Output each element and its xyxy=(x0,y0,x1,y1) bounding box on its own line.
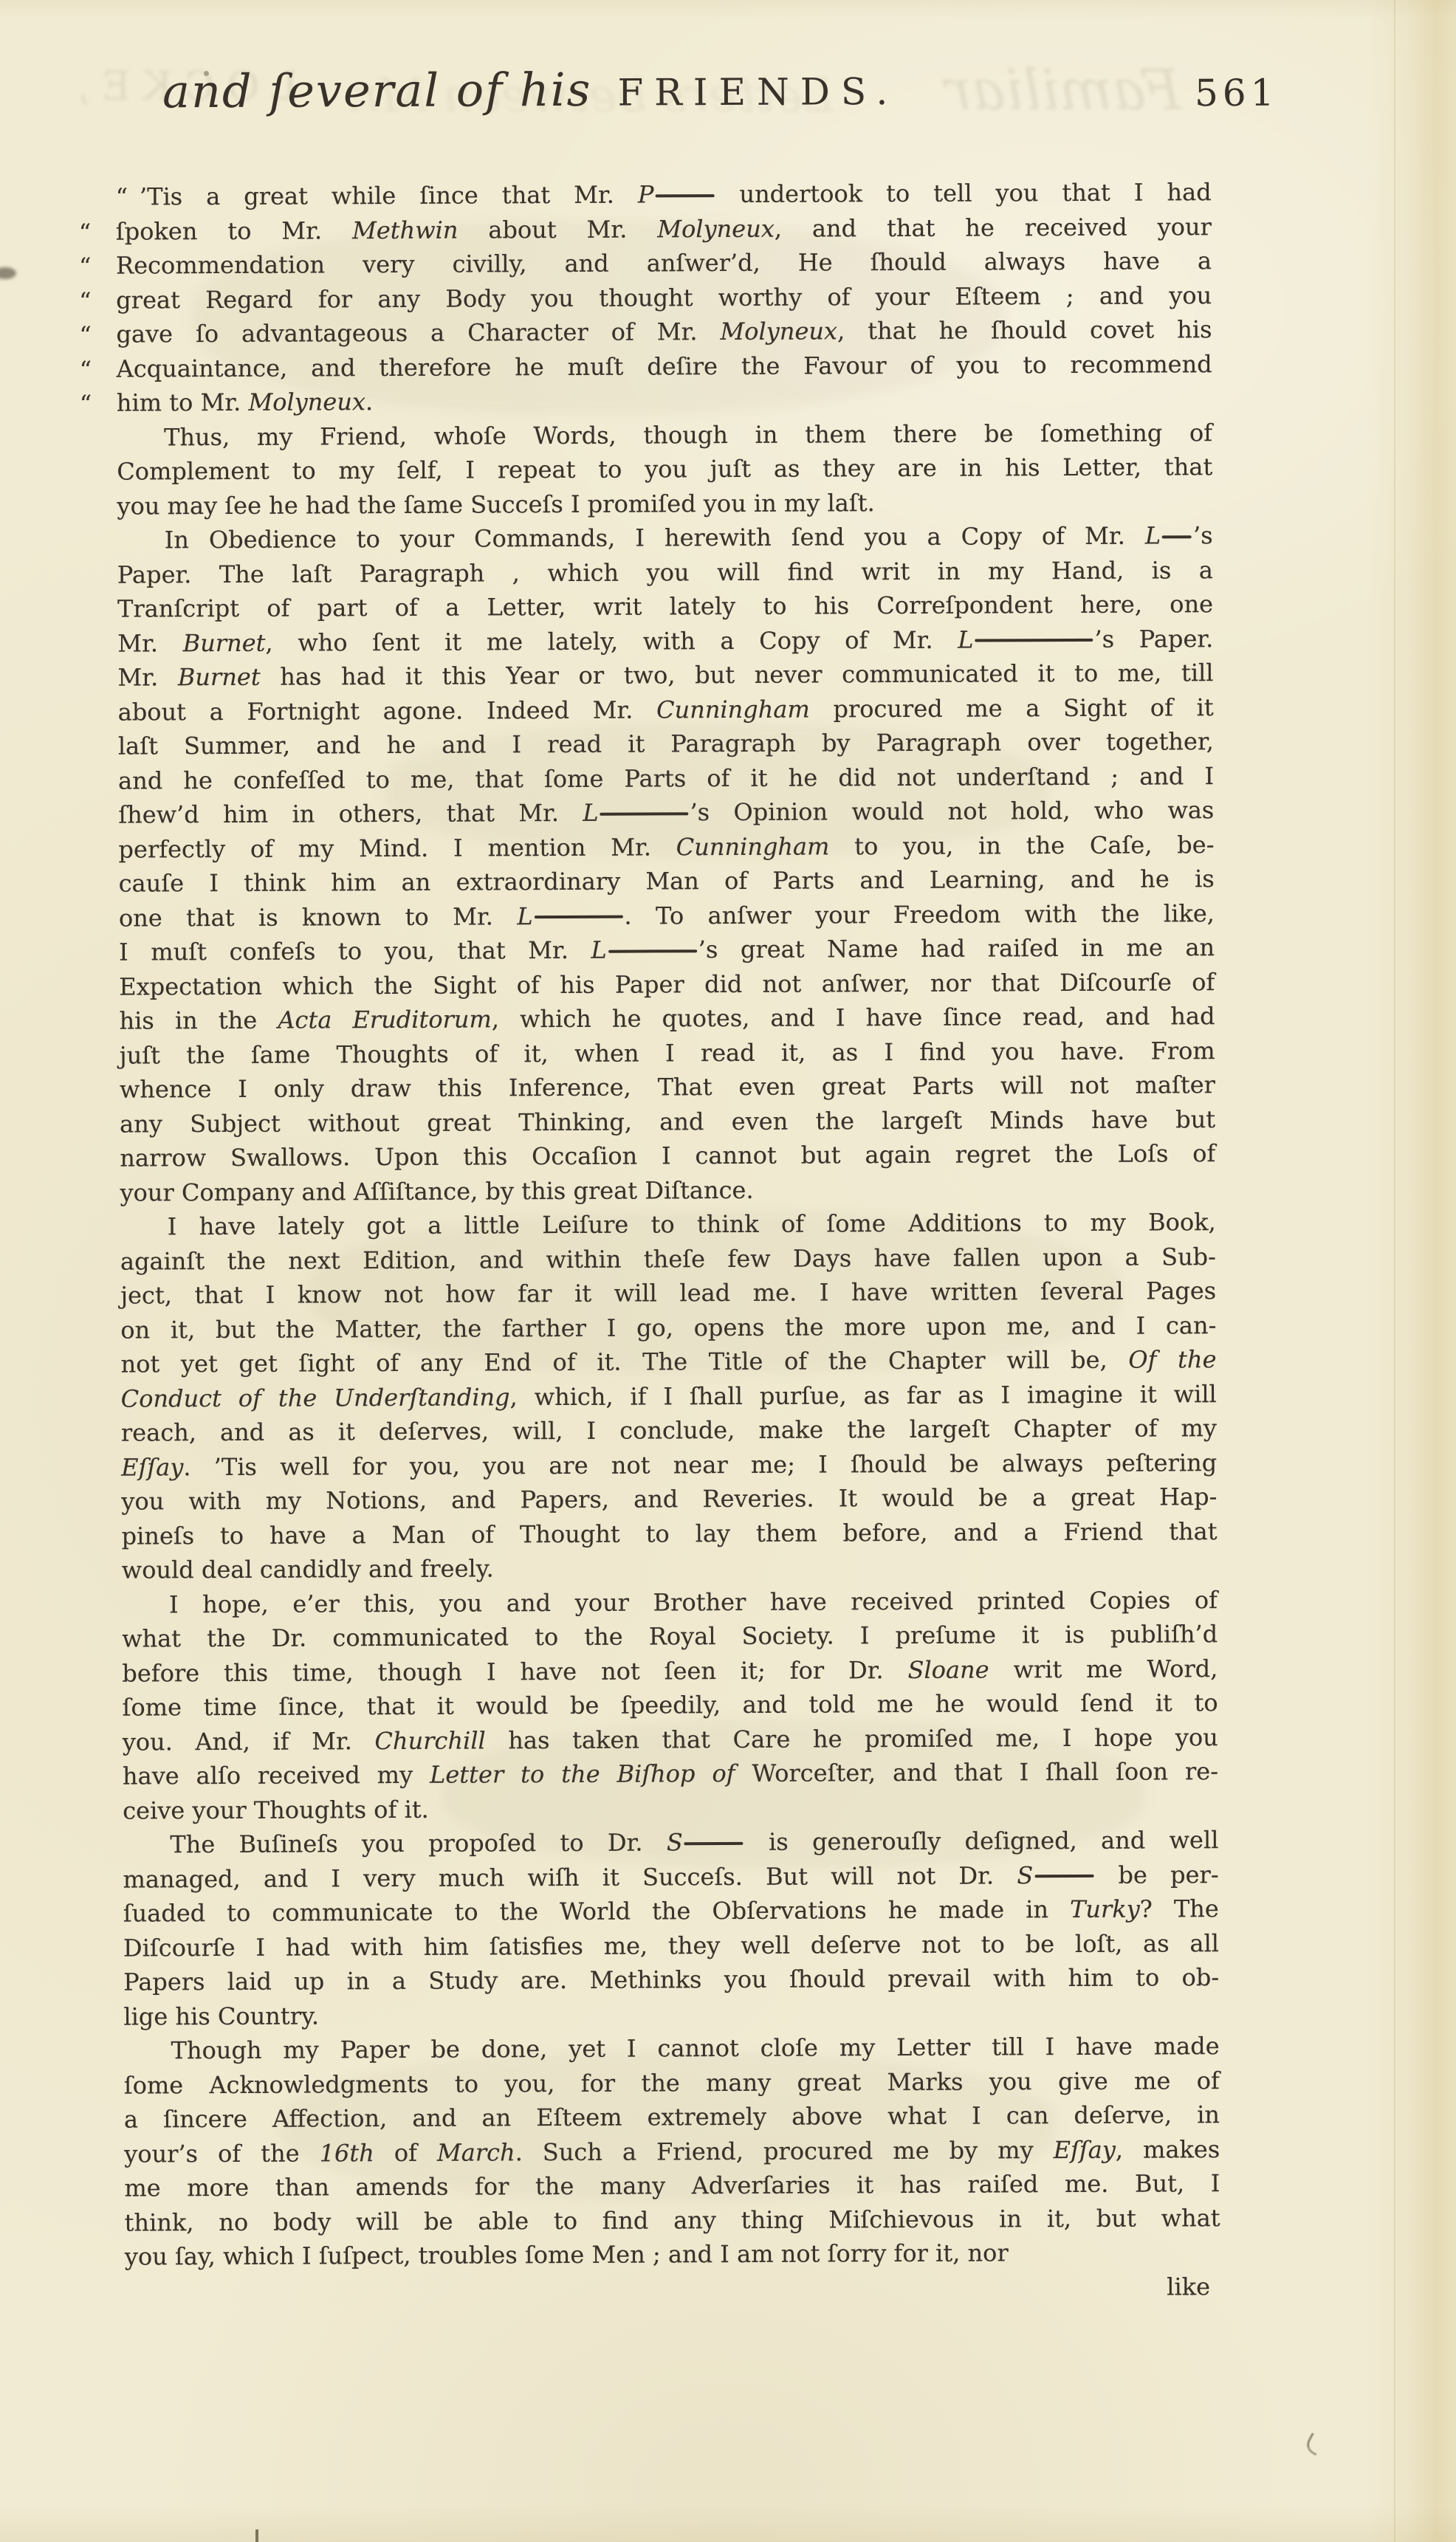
roman-text: ject, that I know not how far it will le… xyxy=(120,1277,1216,1309)
text-line: “Acquaintance, and therefore he muſt deſ… xyxy=(117,347,1212,386)
text-line: ſhew’d him in others, that Mr. L’s Opini… xyxy=(118,793,1214,832)
redaction-dash xyxy=(535,916,623,919)
text-line: Complement to my ſelf, I repeat to you j… xyxy=(117,450,1212,489)
roman-text: , who ſent it me lately, with a Copy of … xyxy=(265,625,958,656)
text-line: would deal candidly and freely. xyxy=(122,1548,1218,1587)
text-line: The Buſineſs you propoſed to Dr. S is ge… xyxy=(123,1823,1218,1862)
text-line: any Subject without great Thinking, and … xyxy=(120,1102,1215,1141)
roman-text: your Company and Aſſiſtance, by this gre… xyxy=(120,1175,753,1206)
italic-text: Acta Eruditorum xyxy=(278,1005,492,1034)
italic-text: Cunningham xyxy=(656,695,810,724)
italic-text: L xyxy=(1145,521,1161,549)
text-line: a ſincere Affection, and an Eſteem extre… xyxy=(124,2098,1220,2137)
text-line: ceive your Thoughts of it. xyxy=(123,1789,1218,1828)
roman-text: gave ſo advantageous a Character of Mr. xyxy=(116,317,720,348)
margin-quote-mark: “ xyxy=(79,318,92,353)
text-line: laſt Summer, and he and I read it Paragr… xyxy=(118,724,1214,763)
text-line: think, no body will be able to find any … xyxy=(125,2201,1220,2240)
text-line: about a Fortnight agone. Indeed Mr. Cunn… xyxy=(118,690,1214,729)
roman-text: is generouſly deſigned, and well xyxy=(745,1826,1219,1856)
italic-text: S xyxy=(1017,1861,1033,1889)
italic-text: Burnet xyxy=(183,628,266,656)
roman-text: , makes xyxy=(1116,2135,1220,2164)
roman-text: of xyxy=(374,2138,437,2166)
margin-quote-mark: “ xyxy=(80,352,92,387)
roman-text: great Regard for any Body you thought wo… xyxy=(116,281,1212,314)
book-page-scan: FamiliarLetters between Mr.LOCKE, and ſe… xyxy=(0,0,1456,2542)
text-line: “gave ſo advantageous a Character of Mr.… xyxy=(116,312,1212,351)
roman-text: ſhew’d him in others, that Mr. xyxy=(118,799,583,829)
roman-text: you ſay, which I ſuſpect, troubles ſome … xyxy=(125,2239,1009,2270)
text-line: his in the Acta Eruditorum, which he quo… xyxy=(119,999,1215,1038)
text-line: managed, and I very much wiſh it Succeſs… xyxy=(123,1858,1218,1897)
text-line: Paper. The laſt Paragraph , which you wi… xyxy=(117,553,1213,592)
roman-text: his in the xyxy=(119,1006,278,1035)
margin-quote-mark: “ xyxy=(79,215,92,250)
text-line: not yet get ſight of any End of it. The … xyxy=(120,1342,1216,1381)
roman-text: perfectly of my Mind. I mention Mr. xyxy=(118,833,676,863)
text-line: Papers laid up in a Study are. Methinks … xyxy=(123,1960,1219,1999)
letter-text: “ ’Tis a great while ſince that Mr. P un… xyxy=(116,175,1221,2308)
roman-text: think, no body will be able to find any … xyxy=(125,2204,1220,2236)
text-line: ject, that I know not how far it will le… xyxy=(120,1274,1216,1313)
roman-text: lige his Country. xyxy=(123,2002,319,2030)
roman-text: ’s Paper. xyxy=(1094,625,1213,653)
text-line: your’s of the 16th of March. Such a Frie… xyxy=(124,2132,1220,2171)
roman-text: and he confeſſed to me, that ſome Parts … xyxy=(118,762,1214,794)
text-line: reach, and as it deſerves, will, I concl… xyxy=(121,1411,1217,1450)
roman-text: Mr. xyxy=(117,663,178,691)
roman-text: Tranſcript of part of a Letter, writ lat… xyxy=(117,590,1213,622)
roman-text: , which, if I ſhall purſue, as far as I … xyxy=(510,1380,1217,1411)
roman-text: you. And, if Mr. xyxy=(123,1727,375,1756)
roman-text: me more than amends for the many Adverſa… xyxy=(124,2169,1220,2202)
roman-text: ceive your Thoughts of it. xyxy=(123,1795,429,1824)
italic-text: Sloane xyxy=(907,1655,989,1683)
text-line: you ſay, which I ſuſpect, troubles ſome … xyxy=(125,2235,1220,2274)
text-line: ſome Acknowledgments to you, for the man… xyxy=(124,2064,1220,2103)
redaction-dash xyxy=(1162,535,1192,538)
text-line: Mr. Burnet has had it this Year or two, … xyxy=(117,656,1213,695)
running-head-caps: FRIENDS. xyxy=(617,70,899,114)
italic-text: L xyxy=(958,625,973,653)
roman-text: ’s Opinion would not hold, who was xyxy=(690,796,1214,826)
italic-text: Conduct of the Underſtanding xyxy=(121,1383,510,1412)
italic-text: Molyneux xyxy=(720,317,837,346)
roman-text: ſome time ſince, that it would be ſpeedi… xyxy=(122,1689,1218,1721)
running-head-italic: and ſeveral of his xyxy=(162,63,592,119)
roman-text: your’s of the xyxy=(124,2139,320,2168)
roman-text: I hope, e’er this, you and your Brother … xyxy=(169,1586,1218,1618)
redaction-dash xyxy=(608,949,697,953)
text-line: narrow Swallows. Upon this Occaſion I ca… xyxy=(120,1136,1215,1175)
text-line: on it, but the Matter, the farther I go,… xyxy=(120,1308,1216,1347)
italic-text: P xyxy=(638,180,654,208)
text-line: have alſo received my Letter to the Biſh… xyxy=(123,1754,1218,1793)
roman-text: narrow Swallows. Upon this Occaſion I ca… xyxy=(120,1139,1215,1172)
roman-text: writ me Word, xyxy=(989,1655,1218,1683)
italic-text: Letter to the Biſhop of xyxy=(430,1759,735,1789)
text-line: Mr. Burnet, who ſent it me lately, with … xyxy=(117,622,1213,661)
text-line: Conduct of the Underſtanding, which, if … xyxy=(121,1377,1217,1416)
roman-text: has had it this Year or two, but never c… xyxy=(261,659,1214,691)
page-content: and ſeveral of his FRIENDS. 561 “ ’Tis a… xyxy=(0,0,1456,2542)
text-line: you may ſee he had the ſame Succeſs I pr… xyxy=(117,484,1212,523)
roman-text: whence I only draw this Inference, That … xyxy=(120,1071,1215,1103)
text-line: I hope, e’er this, you and your Brother … xyxy=(122,1583,1218,1622)
text-line: ſuaded to communicate to the World the O… xyxy=(123,1892,1219,1931)
text-line: “great Regard for any Body you thought w… xyxy=(116,278,1212,317)
redaction-dash xyxy=(600,812,689,816)
redaction-dash xyxy=(655,194,714,197)
roman-text: a ſincere Affection, and an Eſteem extre… xyxy=(124,2100,1220,2133)
italic-text: L xyxy=(517,902,532,930)
text-line: Though my Paper be done, yet I cannot cl… xyxy=(124,2029,1220,2068)
roman-text: reach, and as it deſerves, will, I concl… xyxy=(121,1414,1217,1446)
roman-text: undertook to tell you that I had xyxy=(715,178,1211,208)
roman-text: about a Fortnight agone. Indeed Mr. xyxy=(118,695,657,726)
roman-text: Complement to my ſelf, I repeat to you j… xyxy=(117,453,1212,485)
roman-text: Papers laid up in a Study are. Methinks … xyxy=(123,1963,1219,1996)
roman-text: againſt the next Edition, and within the… xyxy=(120,1243,1216,1275)
roman-text: Mr. xyxy=(117,629,183,657)
roman-text: Thus, my Friend, whoſe Words, though in … xyxy=(164,419,1212,451)
italic-text: Methwin xyxy=(352,216,459,244)
roman-text: , and that he received your xyxy=(775,213,1212,243)
running-head-title: and ſeveral of his FRIENDS. xyxy=(162,61,899,118)
text-line: you. And, if Mr. Churchill has taken tha… xyxy=(123,1720,1218,1759)
italic-text: Burnet xyxy=(178,663,261,691)
italic-text: S xyxy=(667,1828,683,1856)
text-line: you with my Notions, and Papers, and Rev… xyxy=(121,1480,1217,1519)
text-line: whence I only draw this Inference, That … xyxy=(120,1068,1215,1107)
text-line: Diſcourſe I had with him ſatisfies me, t… xyxy=(123,1926,1219,1965)
roman-text: ſpoken to Mr. xyxy=(116,216,352,245)
roman-text: “ ’Tis a great while ſince that Mr. xyxy=(116,181,638,211)
roman-text: The Buſineſs you propoſed to Dr. xyxy=(170,1828,667,1858)
roman-text: not yet get ſight of any End of it. The … xyxy=(120,1346,1128,1378)
text-line: Eſſay. ’Tis well for you, you are not ne… xyxy=(121,1446,1217,1485)
roman-text: what the Dr. communicated to the Royal S… xyxy=(122,1620,1218,1652)
text-line: perfectly of my Mind. I mention Mr. Cunn… xyxy=(118,828,1214,867)
roman-text: ’s great Name had raiſed in me an xyxy=(698,933,1215,963)
text-line: lige his Country. xyxy=(123,1995,1219,2034)
text-line: and he confeſſed to me, that ſome Parts … xyxy=(118,759,1214,798)
text-line: againſt the next Edition, and within the… xyxy=(120,1240,1216,1279)
redaction-dash xyxy=(684,1842,744,1845)
page-number: 561 xyxy=(1195,72,1279,114)
italic-text: Molyneux xyxy=(248,388,365,416)
roman-text: to you, in the Caſe, be- xyxy=(829,831,1214,860)
roman-text: managed, and I very much wiſh it Succeſs… xyxy=(123,1861,1017,1893)
roman-text: juſt the ſame Thoughts of it, when I rea… xyxy=(120,1037,1215,1069)
margin-quote-mark: “ xyxy=(80,387,92,422)
roman-text: Though my Paper be done, yet I cannot cl… xyxy=(171,2032,1220,2064)
roman-text: Acquaintance, and therefore he muſt deſi… xyxy=(117,350,1212,382)
roman-text: I muſt confeſs to you, that Mr. xyxy=(119,936,591,966)
roman-text: him to Mr. xyxy=(117,388,249,417)
roman-text: have alſo received my xyxy=(123,1761,430,1790)
roman-text: about Mr. xyxy=(458,215,657,244)
margin-quote-mark: “ xyxy=(79,284,92,318)
roman-text: has taken that Care he promiſed me, I ho… xyxy=(486,1723,1218,1754)
roman-text: on it, but the Matter, the farther I go,… xyxy=(120,1311,1216,1344)
text-line: In Obedience to your Commands, I herewit… xyxy=(117,518,1213,557)
roman-text: Recommendation very civilly, and anſwer’… xyxy=(116,247,1212,279)
italic-text: 16th xyxy=(320,2139,374,2167)
text-line: one that is known to Mr. L. To anſwer yo… xyxy=(119,896,1215,935)
text-line: me more than amends for the many Adverſa… xyxy=(124,2166,1220,2205)
running-head: and ſeveral of his FRIENDS. 561 xyxy=(115,60,1304,146)
roman-text: you may ſee he had the ſame Succeſs I pr… xyxy=(117,489,874,520)
text-line: what the Dr. communicated to the Royal S… xyxy=(122,1617,1218,1656)
roman-text: before this time, though I have not ſeen… xyxy=(122,1655,907,1687)
italic-text: Of the xyxy=(1128,1345,1216,1374)
roman-text: , that he ſhould covet his xyxy=(837,315,1212,345)
roman-text: Expectation which the Sight of his Paper… xyxy=(119,968,1215,1000)
roman-text: , which he quotes, and I have ſince read… xyxy=(492,1002,1215,1033)
text-line: ſome time ſince, that it would be ſpeedi… xyxy=(122,1686,1218,1725)
text-line: cauſe I think him an extraordinary Man o… xyxy=(119,862,1215,901)
text-line: “Recommendation very civilly, and anſwer… xyxy=(116,244,1212,283)
roman-text: . xyxy=(365,388,373,416)
roman-text: ſuaded to communicate to the World the O… xyxy=(123,1895,1070,1928)
text-line: pineſs to have a Man of Thought to lay t… xyxy=(121,1514,1217,1553)
text-line: juſt the ſame Thoughts of it, when I rea… xyxy=(120,1034,1215,1073)
roman-text: In Obedience to your Commands, I herewit… xyxy=(165,522,1145,554)
italic-text: Eſſay xyxy=(121,1453,183,1481)
italic-text: Churchill xyxy=(374,1726,485,1755)
roman-text: ſome Acknowledgments to you, for the man… xyxy=(124,2067,1220,2099)
text-line: I have lately got a little Leiſure to th… xyxy=(120,1205,1216,1244)
roman-text: would deal candidly and freely. xyxy=(122,1554,494,1584)
roman-text: pineſs to have a Man of Thought to lay t… xyxy=(121,1517,1217,1550)
redaction-dash xyxy=(1034,1875,1093,1878)
text-line: Thus, my Friend, whoſe Words, though in … xyxy=(117,416,1212,455)
text-line: your Company and Aſſiſtance, by this gre… xyxy=(120,1171,1215,1210)
text-line: before this time, though I have not ſeen… xyxy=(122,1652,1218,1691)
roman-text: ’s xyxy=(1193,521,1213,549)
roman-text: cauſe I think him an extraordinary Man o… xyxy=(119,865,1215,897)
italic-text: L xyxy=(591,936,606,964)
redaction-dash xyxy=(975,639,1093,642)
italic-text: Cunningham xyxy=(676,832,830,861)
roman-text: . To anſwer your Freedom with the like, xyxy=(624,899,1215,930)
text-line: Expectation which the Sight of his Paper… xyxy=(119,965,1215,1004)
roman-text: I have lately got a little Leiſure to th… xyxy=(168,1208,1216,1240)
roman-text: Worceſter, and that I ſhall ſoon re- xyxy=(735,1757,1218,1787)
italic-text: Eſſay xyxy=(1054,2135,1116,2163)
catchword: like xyxy=(125,2270,1220,2309)
italic-text: Molyneux xyxy=(657,214,775,243)
text-line: “ſpoken to Mr. Methwin about Mr. Molyneu… xyxy=(116,210,1212,249)
roman-text: ? The xyxy=(1140,1895,1219,1923)
text-line: Tranſcript of part of a Letter, writ lat… xyxy=(117,587,1213,626)
roman-text: one that is known to Mr. xyxy=(119,902,518,932)
text-line: “ ’Tis a great while ſince that Mr. P un… xyxy=(116,175,1212,214)
roman-text: any Subject without great Thinking, and … xyxy=(120,1105,1215,1138)
text-line: “him to Mr. Molyneux. xyxy=(117,381,1212,420)
roman-text: Diſcourſe I had with him ſatisfies me, t… xyxy=(123,1929,1219,1962)
roman-text: procured me a Sight of it xyxy=(810,693,1214,723)
roman-text: you with my Notions, and Papers, and Rev… xyxy=(121,1483,1217,1515)
italic-text: L xyxy=(583,799,598,827)
italic-text: March xyxy=(437,2138,515,2166)
roman-text: Paper. The laſt Paragraph , which you wi… xyxy=(117,556,1213,588)
margin-quote-mark: “ xyxy=(79,250,92,284)
roman-text: . Such a Friend, procured me by my xyxy=(515,2136,1054,2166)
roman-text: be per- xyxy=(1095,1861,1219,1889)
italic-text: Turky xyxy=(1070,1895,1140,1923)
roman-text: . ’Tis well for you, you are not near me… xyxy=(183,1449,1217,1481)
text-line: I muſt confeſs to you, that Mr. L’s grea… xyxy=(119,930,1215,969)
roman-text: laſt Summer, and he and I read it Paragr… xyxy=(118,727,1214,760)
